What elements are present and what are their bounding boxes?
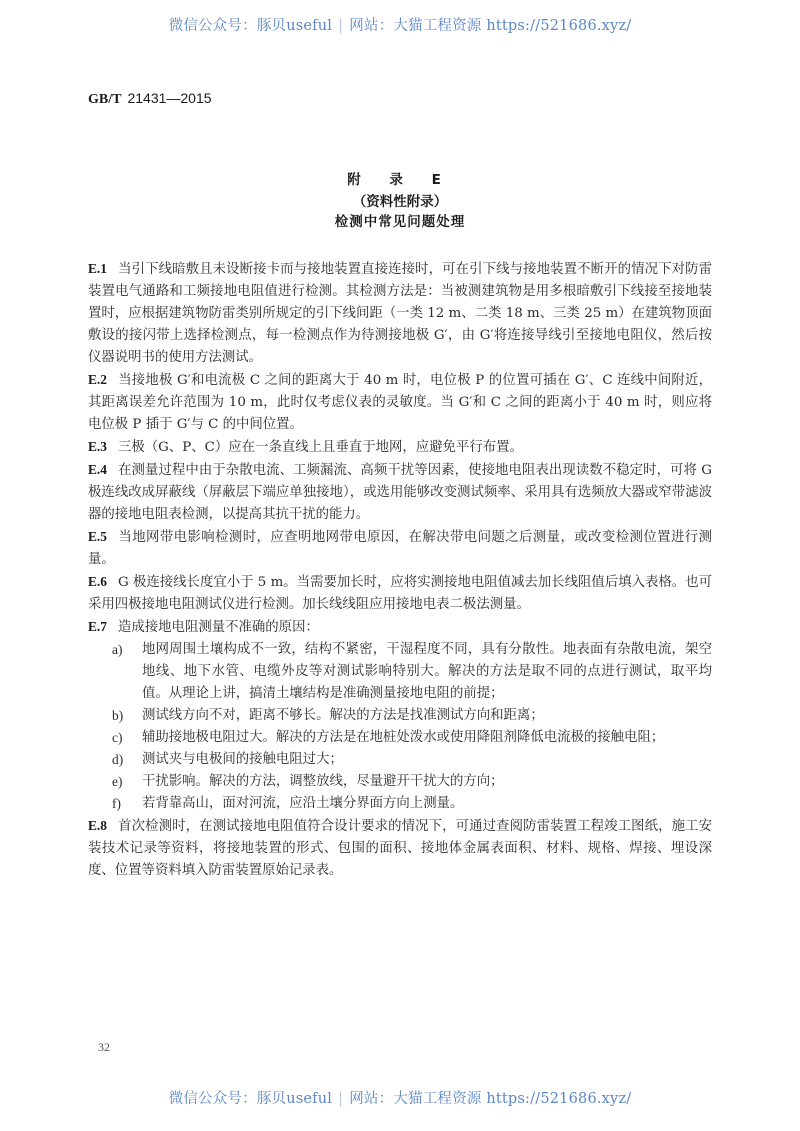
list-text: 地网周围土壤构成不一致，结构不紧密，干湿程度不同，具有分散性。地表面有杂散电流，… — [142, 642, 712, 701]
list-text: 测试线方向不对，距离不够长。解决的方法是找准测试方向和距离； — [142, 708, 544, 723]
list-item: f)若背靠高山，面对河流，应沿土壤分界面方向上测量。 — [88, 793, 712, 815]
list-item: c)辅助接地极电阻过大。解决的方法是在地桩处泼水或使用降阻剂降低电流极的接触电阻… — [88, 727, 712, 749]
list-label: b) — [112, 705, 123, 727]
list-item: b)测试线方向不对，距离不够长。解决的方法是找准测试方向和距离； — [88, 705, 712, 727]
watermark-wechat: 微信公众号：豚贝useful — [169, 18, 333, 34]
clause-number: E.2 — [88, 369, 118, 391]
watermark-site: 网站：大猫工程资源 https://521686.xyz/ — [349, 18, 631, 34]
page-number: 32 — [98, 1040, 110, 1055]
list-item: e)干扰影响。解决的方法，调整放线，尽量避开干扰大的方向； — [88, 771, 712, 793]
clause-e5: E.5当地网带电影响检测时，应查明地网带电原因，在解决带电问题之后测量，或改变检… — [88, 526, 712, 571]
clause-text: 首次检测时，在测试接地电阻值符合设计要求的情况下，可通过查阅防雷装置工程竣工图纸… — [88, 819, 712, 878]
annex-subtitle: 检测中常见问题处理 — [0, 210, 800, 230]
standard-code: GB/T21431—2015 — [88, 90, 212, 108]
watermark-separator: | — [338, 1091, 343, 1107]
clause-number: E.6 — [88, 571, 118, 593]
watermark-wechat: 微信公众号：豚贝useful — [169, 1091, 333, 1107]
clause-e6: E.6G 极连接线长度宜小于 5 m。当需要加长时，应将实测接地电阻值减去加长线… — [88, 571, 712, 616]
list-label: c) — [112, 727, 122, 749]
list-text: 若背靠高山，面对河流，应沿土壤分界面方向上测量。 — [142, 796, 463, 811]
list-item: d)测试夹与电极间的接触电阻过大； — [88, 749, 712, 771]
e7-cause-list: a)地网周围土壤构成不一致，结构不紧密，干湿程度不同，具有分散性。地表面有杂散电… — [88, 639, 712, 815]
list-label: f) — [112, 793, 121, 815]
standard-prefix: GB/T — [88, 92, 121, 107]
watermark-site: 网站：大猫工程资源 https://521686.xyz/ — [349, 1091, 631, 1107]
annex-title: 附 录 E — [0, 168, 800, 188]
clause-text: 三极（G、P、C）应在一条直线上且垂直于地网，应避免平行布置。 — [118, 440, 523, 455]
clause-number: E.8 — [88, 815, 118, 837]
list-label: a) — [112, 639, 122, 661]
list-item: a)地网周围土壤构成不一致，结构不紧密，干湿程度不同，具有分散性。地表面有杂散电… — [88, 639, 712, 705]
clause-text: 在测量过程中由于杂散电流、工频漏流、高频干扰等因素，使接地电阻表出现读数不稳定时… — [88, 463, 712, 522]
clause-text: 当引下线暗敷且未设断接卡而与接地装置直接连接时，可在引下线与接地装置不断开的情况… — [88, 262, 712, 365]
clause-text: G 极连接线长度宜小于 5 m。当需要加长时，应将实测接地电阻值减去加长线阻值后… — [88, 575, 712, 612]
clause-e1: E.1当引下线暗敷且未设断接卡而与接地装置直接连接时，可在引下线与接地装置不断开… — [88, 258, 712, 369]
clause-number: E.4 — [88, 459, 118, 481]
list-text: 测试夹与电极间的接触电阻过大； — [142, 752, 343, 767]
clause-number: E.5 — [88, 526, 118, 548]
document-body: E.1当引下线暗敷且未设断接卡而与接地装置直接连接时，可在引下线与接地装置不断开… — [88, 258, 712, 882]
clause-e3: E.3三极（G、P、C）应在一条直线上且垂直于地网，应避免平行布置。 — [88, 436, 712, 459]
clause-text: 当地网带电影响检测时，应查明地网带电原因，在解决带电问题之后测量，或改变检测位置… — [88, 530, 712, 567]
clause-number: E.7 — [88, 616, 118, 638]
clause-text: 当接地极 G′和电流极 C 之间的距离大于 40 m 时，电位极 P 的位置可插… — [88, 373, 712, 432]
list-label: d) — [112, 749, 123, 771]
clause-e4: E.4在测量过程中由于杂散电流、工频漏流、高频干扰等因素，使接地电阻表出现读数不… — [88, 459, 712, 526]
watermark-separator: | — [338, 18, 343, 34]
clause-e2: E.2当接地极 G′和电流极 C 之间的距离大于 40 m 时，电位极 P 的位… — [88, 369, 712, 436]
clause-e7: E.7造成接地电阻测量不准确的原因： — [88, 616, 712, 639]
list-text: 辅助接地极电阻过大。解决的方法是在地桩处泼水或使用降阻剂降低电流极的接触电阻； — [142, 730, 664, 745]
clause-e8: E.8首次检测时，在测试接地电阻值符合设计要求的情况下，可通过查阅防雷装置工程竣… — [88, 815, 712, 882]
clause-number: E.1 — [88, 258, 118, 280]
standard-number: 21431—2015 — [127, 90, 211, 106]
watermark-top: 微信公众号：豚贝useful|网站：大猫工程资源 https://521686.… — [0, 14, 800, 35]
clause-text: 造成接地电阻测量不准确的原因： — [118, 620, 319, 635]
watermark-bottom: 微信公众号：豚贝useful|网站：大猫工程资源 https://521686.… — [0, 1087, 800, 1108]
clause-number: E.3 — [88, 436, 118, 458]
annex-type: （资料性附录） — [0, 190, 800, 210]
list-label: e) — [112, 771, 122, 793]
list-text: 干扰影响。解决的方法，调整放线，尽量避开干扰大的方向； — [142, 774, 504, 789]
